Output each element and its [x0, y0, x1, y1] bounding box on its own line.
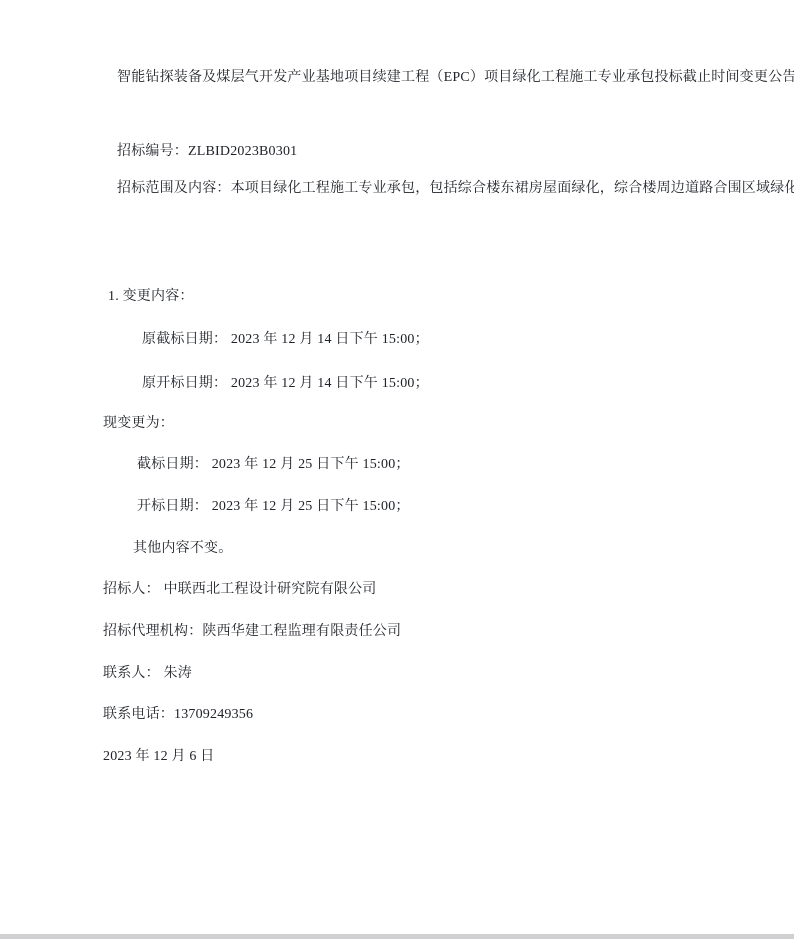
new-bid-close-date-line: 截标日期： 2023 年 12 月 25 日下午 15:00；: [137, 454, 410, 476]
other-content-unchanged-line: 其他内容不变。: [133, 538, 232, 560]
page-bottom-edge: [0, 934, 794, 939]
announcement-document-page: 智能钻探装备及煤层气开发产业基地项目续建工程（EPC）项目绿化工程施工专业承包投…: [0, 0, 794, 941]
tender-agency-line: 招标代理机构：陕西华建工程监理有限责任公司: [103, 621, 401, 643]
tenderer-line: 招标人： 中联西北工程设计研究院有限公司: [103, 579, 377, 601]
original-bid-close-date-line: 原截标日期： 2023 年 12 月 14 日下午 15:00；: [142, 329, 429, 351]
tender-scope-paragraph: 招标范围及内容：本项目绿化工程施工专业承包，包括综合楼东裙房屋面绿化，综合楼周边…: [117, 178, 683, 200]
tender-number-line: 招标编号：ZLBID2023B0301: [117, 141, 297, 163]
announcement-date-line: 2023 年 12 月 6 日: [103, 746, 215, 768]
original-bid-open-date-line: 原开标日期： 2023 年 12 月 14 日下午 15:00；: [142, 373, 429, 395]
document-title: 智能钻探装备及煤层气开发产业基地项目续建工程（EPC）项目绿化工程施工专业承包投…: [117, 67, 692, 89]
changed-to-intro-line: 现变更为：: [103, 413, 174, 435]
contact-phone-line: 联系电话：13709249356: [103, 704, 253, 726]
new-bid-open-date-line: 开标日期： 2023 年 12 月 25 日下午 15:00；: [137, 496, 410, 518]
change-content-heading: 1. 变更内容：: [108, 286, 194, 308]
contact-person-line: 联系人： 朱涛: [103, 663, 192, 685]
